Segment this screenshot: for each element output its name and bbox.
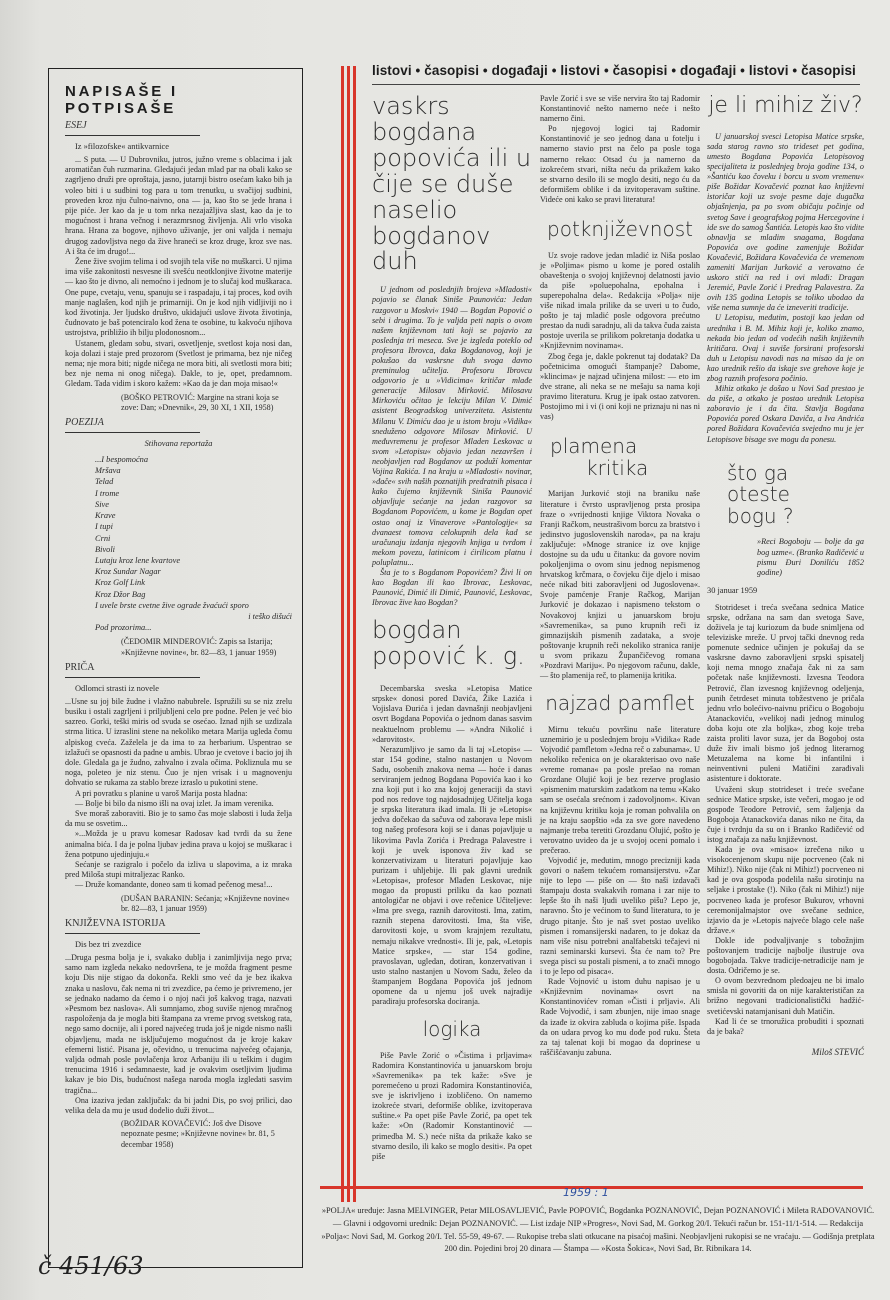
poem-line: Kroz Džor Bag [95,589,292,600]
poem-line: Kroz Golf Link [95,577,292,588]
red-rule [353,66,356,1202]
poem: ...I bespomoćnaMršavaTeladI tromeSiveKra… [95,454,292,633]
istorija-citation: (BOŽIDAR KOVAČEVIĆ: Još dve Disove nepoz… [121,1119,292,1150]
headline-bogu-line: bogu ? [727,504,794,528]
poem-line: I trome [95,488,292,499]
author-signature: Miloš STEVIĆ [707,1047,864,1057]
istorija-paragraph: Ona izaziva jedan zaključak: da bi jadni… [65,1096,292,1116]
column-title: NAPISAŠE I POTPISAŠE [65,83,292,117]
bogdan-kg-paragraph: Nerazumljivo je samo da li taj »Letopis«… [372,745,532,1007]
headline-plamena: plamena kritika [550,436,700,479]
column-3: je li mihiz živ? U januarskoj svesci Let… [707,94,864,1057]
prica-citation: (DUŠAN BARANIN: Sećanja; »Književne novi… [121,894,292,914]
headline-bogdan-kg: bogdan popović k. g. [372,618,532,670]
prica-paragraph: Sećanje se razigralo i počelo da izliva … [65,860,292,880]
poem-line: Kroz Sundar Nagar [95,566,292,577]
bogu-paragraph: Kad li će se trnoružica probuditi i spoz… [707,1017,864,1037]
red-rule [341,66,344,1202]
headline-bogu-line: što ga [727,461,788,485]
istorija-subtitle: Dis bez tri zvezdice [75,940,292,949]
logika-continued: Pavle Zorić i sve se više nervira što ta… [540,94,700,124]
headline-plamena-line2: kritika [550,456,648,480]
prica-paragraph: ...Usne su joj bile žudne i vlažno nabub… [65,697,292,789]
poem-line: Crni [95,533,292,544]
mihiz-paragraph: U Letopisu, međutim, postoji kao jedan o… [707,313,864,384]
section-label-poezija: POEZIJA [65,417,292,428]
headline-pamflet: najzad pamflet [540,693,700,715]
esej-paragraph: ... S puta. — U Dubrovniku, jutros, južn… [65,155,292,257]
esej-paragraph: Ustanem, gledam sobu, stvari, osvetljenj… [65,339,292,390]
headline-logika: logika [372,1019,532,1041]
bogu-paragraph: Uvaženi skup stotrideset i treće svečane… [707,785,864,846]
headline-vaskrs: vaskrs bogdana popovića ili u čije se du… [372,94,532,275]
column-1: vaskrs bogdana popovića ili u čije se du… [372,94,532,1162]
bogu-date: 30 januar 1959 [707,586,864,595]
handwritten-catalog-number: č 451/63 [38,1252,144,1280]
ribbon-rule [372,84,860,85]
poem-line: Mršava [95,465,292,476]
prica-subtitle: Odlomci strasti iz novele [75,684,292,693]
vaskrs-paragraph: Šta je to s Bogdanom Popovićem? Živi li … [372,568,532,608]
esej-paragraph: Žene žive svojim telima i od svojih tela… [65,257,292,339]
poem-line: ...I bespomoćna [95,454,292,465]
handwritten-date: 1959 : 1 [563,1186,609,1199]
bogu-epigraph: »Reci Bogoboju — bolje da ga bog uzme«. … [757,537,864,577]
poezija-subtitle: Stihovana reportaža [65,439,292,448]
poem-line: I uvele brste cvetne žive ograde žvaćući… [95,600,292,611]
headline-plamena-line1: plamena [550,434,637,458]
bogu-paragraph: Stotrideset i treća svečana sednica Mati… [707,603,864,785]
poem-line: Bivoli [95,544,292,555]
poem-line: Lutaju kroz lene kvartove [95,555,292,566]
masthead-footer: »POLJA« uređuje: Jasna MELVINGER, Petar … [318,1205,878,1256]
poem-line: Pod prozorima... [95,622,292,633]
pamflet-paragraph: Mirnu tekuću površinu naše literature uz… [540,725,700,856]
napisase-box: NAPISAŠE I POTPISAŠE ESEJ Iz »filozofske… [48,68,303,1268]
vaskrs-paragraph: U jednom od poslednjih brojeva »Mladosti… [372,285,532,568]
pamflet-paragraph: Rade Vojnović u istom duhu napisao je u … [540,977,700,1058]
headline-bogu: što ga oteste bogu ? [727,463,864,528]
divider [65,677,200,678]
prica-paragraph: — Bolje bi bilo da nismo išli na ovaj iz… [65,799,292,809]
bogu-paragraph: Dokle ide podvaljivanje s tobožnjim pošt… [707,936,864,976]
prica-paragraph: Sve moraš zaboraviti. Bio je to samo čas… [65,809,292,829]
prica-paragraph: A pri povratku s planine u varoš Marija … [65,789,292,799]
bogu-paragraph: O ovom bezvrednom pledoajeu ne bi imalo … [707,976,864,1016]
esej-citation: (BOŠKO PETROVIĆ: Margine na strani koja … [121,393,292,413]
poem-line: i teško dišući [95,611,292,622]
newspaper-page: NAPISAŠE I POTPISAŠE ESEJ Iz »filozofske… [0,0,890,1300]
esej-subtitle: Iz »filozofske« antikvarnice [75,142,292,151]
column-2: Pavle Zorić i sve se više nervira što ta… [540,94,700,1058]
pamflet-paragraph: Vojvodić je, međutim, mnogo precizniji k… [540,856,700,977]
headline-bogu-line: oteste [727,482,790,506]
potknjizevnost-paragraph: Uz svoje radove jedan mladić iz Niša pos… [540,251,700,352]
potknjizevnost-paragraph: Zbog čega je, dakle pokrenut taj dodatak… [540,352,700,423]
poem-line: I tupi [95,521,292,532]
section-label-istorija: KNJIŽEVNA ISTORIJA [65,918,292,929]
mihiz-paragraph: Mihiz otkako je došao u Novi Sad prestao… [707,384,864,445]
headline-mihiz: je li mihiz živ? [707,94,864,118]
plamena-paragraph: Marijan Jurković stoji na braniku naše l… [540,489,700,681]
logika-continued: Po njegovoj logici taj Radomir Konstanti… [540,124,700,205]
section-ribbon: listovi • časopisi • događaji • listovi … [372,63,860,78]
bogu-paragraph: Kada je ova »misao« izrečena niko u viso… [707,845,864,936]
istorija-paragraph: ...Druga pesma bolja je i, svakako dublj… [65,953,292,1096]
mihiz-paragraph: U januarskoj svesci Letopisa Matice srps… [707,132,864,314]
divider [65,432,200,433]
divider [65,933,200,934]
poezija-citation: (ČEDOMIR MINDEROVIĆ: Zapis sa Istarija; … [121,637,292,657]
section-label-esej: ESEJ [65,120,292,131]
headline-potknjizevnost: potknjiževnost [540,219,700,241]
logika-paragraph: Piše Pavle Zorić o »Čistima i prljavima«… [372,1051,532,1162]
poem-line: Krave [95,510,292,521]
bogdan-kg-paragraph: Decembarska sveska »Letopisa Matice srps… [372,684,532,745]
prica-paragraph: »...Možda je u pravu komesar Radosav kad… [65,829,292,860]
section-label-prica: PRIČA [65,662,292,673]
prica-paragraph: — Druže komandante, doneo sam ti komad p… [65,880,292,890]
poem-line: Telad [95,476,292,487]
divider [65,135,200,136]
red-rule [347,66,350,1202]
poem-line: Sive [95,499,292,510]
